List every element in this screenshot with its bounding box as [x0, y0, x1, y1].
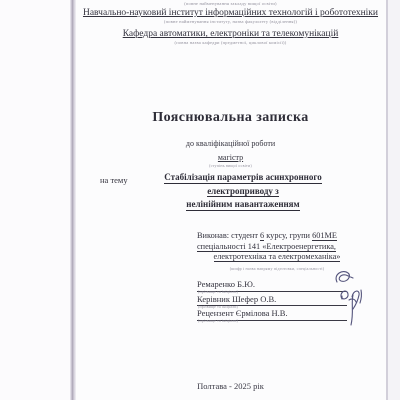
degree-caption: (ступінь вищої освіти): [75, 163, 386, 168]
student-signature-scribble-icon: [331, 268, 357, 288]
department-caption: (повна назва кафедри (предметної, циклов…: [75, 40, 386, 45]
scan-right-margin: [388, 0, 400, 400]
thesis-theme-line2: нелінійним навантаженням: [186, 199, 299, 211]
scanned-title-page: (повне найменування закладу вищої освіти…: [0, 0, 400, 400]
reviewer-signature-caption: (прізвище та ініціали): [198, 319, 238, 323]
theme-label: на тему: [100, 175, 128, 185]
document-title: Пояснювальна записка: [75, 110, 386, 126]
group-code: 601МЕ: [312, 231, 337, 241]
scan-left-margin: [0, 0, 70, 400]
university-name-caption: (повне найменування закладу вищої освіти…: [75, 1, 386, 6]
reviewer-signature-scribble-icon: [345, 294, 359, 326]
department-name: Кафедра автоматики, електроніки та телек…: [75, 29, 386, 39]
document-subtitle: до кваліфікаційної роботи: [75, 139, 386, 148]
institute-caption: (повне найменування інституту, назва фак…: [75, 19, 386, 24]
executor-line1: Виконав: студент 6 курсу, групи 601МЕ: [197, 231, 357, 242]
institute-name: Навчально-науковий інститут інформаційни…: [75, 8, 386, 18]
degree-level: магістр: [75, 153, 386, 162]
city-year-footer: Полтава - 2025 рік: [75, 381, 386, 391]
specialty-line2: електротехніка та електромеханіка»: [197, 252, 357, 263]
thesis-theme-line1: Стабілізація параметрів асинхронного еле…: [164, 172, 321, 197]
specialty-line1: спеціальності 141 «Електроенергетика,: [197, 242, 357, 253]
page-fold-crease: [70, 0, 76, 400]
thesis-theme: Стабілізація параметрів асинхронного еле…: [136, 171, 350, 212]
